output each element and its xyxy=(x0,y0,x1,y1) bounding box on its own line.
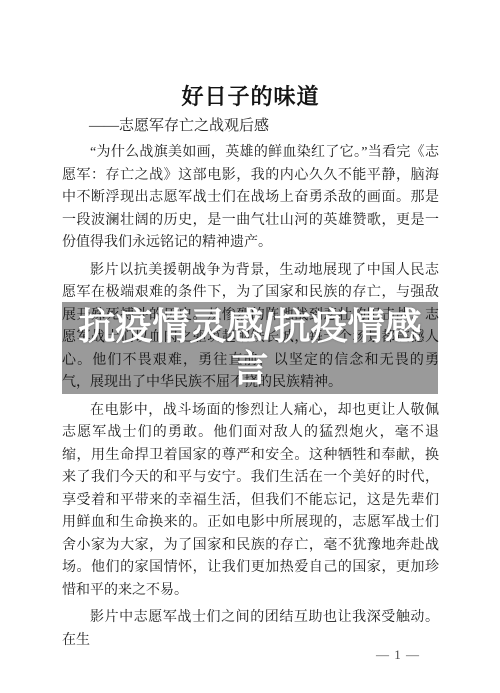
watermark-band xyxy=(62,302,438,394)
document-page: 好日子的味道 ——志愿军存亡之战观后感 “为什么战旗美如画，英雄的鲜血染红了它。… xyxy=(0,0,500,693)
paragraph-3: 在电影中，战斗场面的惨烈让人痛心，却也更让人敬佩志愿军战士们的勇敢。他们面对敌人… xyxy=(62,400,439,603)
page-number: — 1 — xyxy=(376,648,420,662)
document-subtitle: ——志愿军存亡之战观后感 xyxy=(62,115,439,137)
paragraph-4: 影片中志愿军战士们之间的团结互助也让我深受触动。在生 xyxy=(62,607,439,652)
paragraph-1: “为什么战旗美如画，英雄的鲜血染红了它。”当看完《志愿军：存亡之战》这部电影，我… xyxy=(62,142,439,255)
document-title: 好日子的味道 xyxy=(62,84,439,110)
